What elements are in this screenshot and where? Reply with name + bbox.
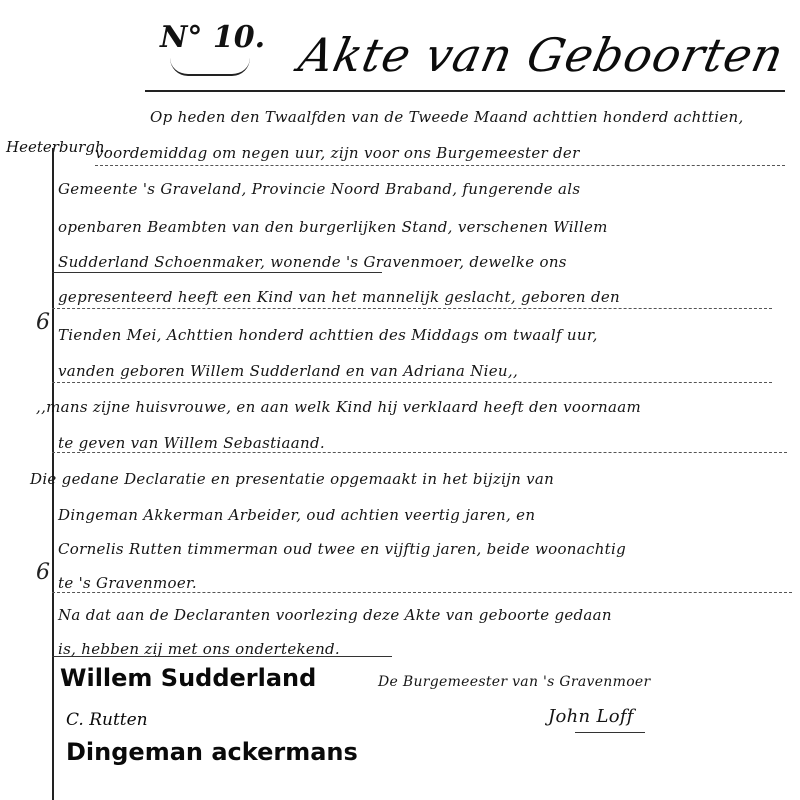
text-line-11: Die gedane Declaratie en presentatie opg… <box>30 470 554 488</box>
text-line-10: te geven van Willem Sebastiaand. <box>58 434 325 452</box>
text-line-15: Na dat aan de Declaranten voorlezing dez… <box>58 606 612 624</box>
text-line-5: Sudderland Schoenmaker, wonende 's Grave… <box>58 253 567 271</box>
line-rule <box>52 308 772 309</box>
margin-note: Heeterburgh. <box>6 138 109 156</box>
signature-witness-1: C. Rutten <box>66 710 148 730</box>
text-line-9: ,,mans zijne huisvrouwe, en aan welk Kin… <box>36 398 641 416</box>
signature-mayor: John Loff <box>548 706 634 727</box>
text-line-3: Gemeente 's Graveland, Provincie Noord B… <box>58 180 580 198</box>
text-line-6: gepresenteerd heeft een Kind van het man… <box>58 288 620 306</box>
record-number: N° 10. <box>160 20 265 55</box>
line-rule <box>52 382 772 383</box>
text-line-8: vanden geboren Willem Sudderland en van … <box>58 362 518 380</box>
text-line-4: openbaren Beambten van den burgerlijken … <box>58 218 608 236</box>
text-line-12: Dingeman Akkerman Arbeider, oud achtien … <box>58 506 535 524</box>
signature-underline <box>575 732 645 733</box>
title-underline <box>145 90 785 92</box>
mayor-caption: De Burgemeester van 's Gravenmoer <box>378 674 651 690</box>
line-rule <box>95 165 785 166</box>
text-line-1: Op heden den Twaalfden van de Tweede Maa… <box>150 108 744 126</box>
line-rule <box>52 272 382 273</box>
margin-mark: 6 <box>36 310 50 335</box>
flourish-decoration <box>170 58 250 76</box>
text-line-7: Tienden Mei, Achttien honderd achttien d… <box>58 326 598 344</box>
document-page: N° 10. Akte van Geboorten Heeterburgh. O… <box>0 0 800 800</box>
text-line-2: voordemiddag om negen uur, zijn voor ons… <box>95 144 580 162</box>
margin-mark: 6 <box>36 560 50 585</box>
text-line-13: Cornelis Rutten timmerman oud twee en vi… <box>58 540 626 558</box>
signature-father: Willem Sudderland <box>60 664 316 692</box>
line-rule <box>52 452 787 453</box>
line-rule <box>52 592 792 593</box>
signature-witness-2: Dingeman ackermans <box>66 738 358 766</box>
text-line-14: te 's Gravenmoer. <box>58 574 197 592</box>
line-rule <box>52 656 392 657</box>
document-title: Akte van Geboorten <box>294 28 789 82</box>
